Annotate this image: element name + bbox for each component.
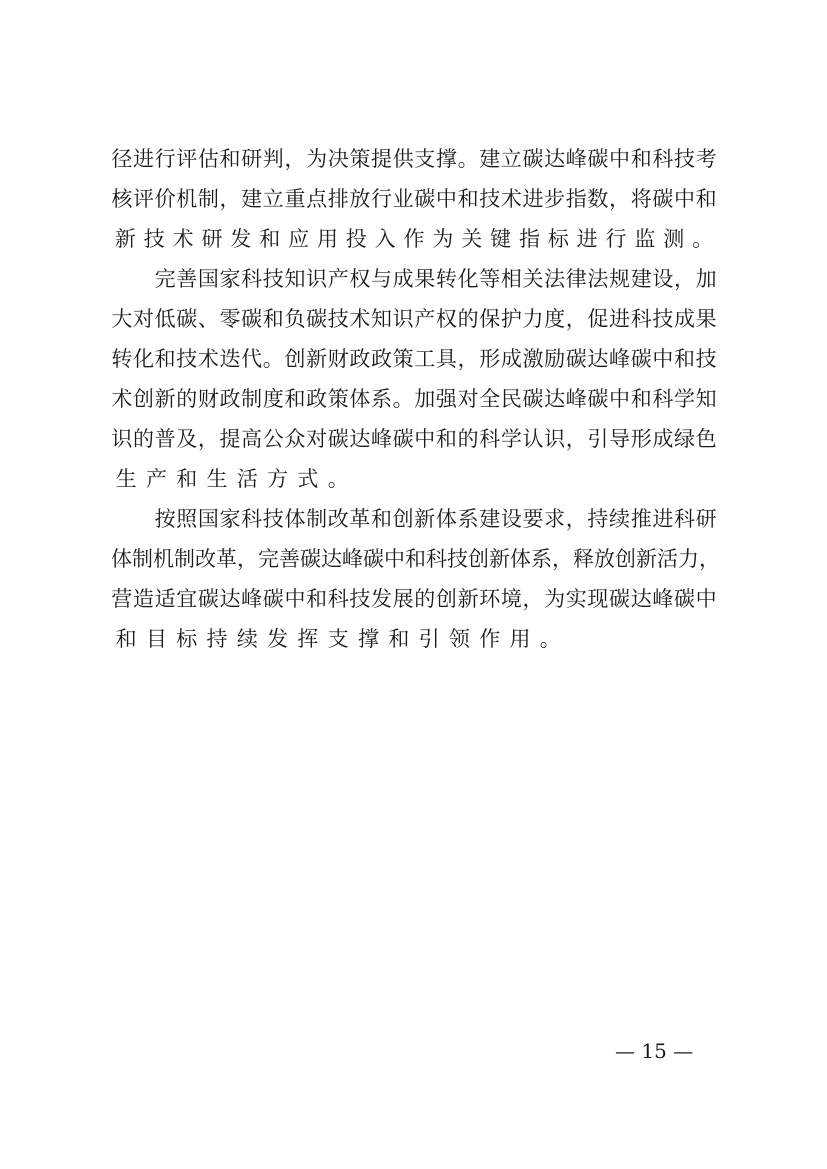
text-line: 按照国家科技体制改革和创新体系建设要求，持续推进科研 [111,503,717,543]
text-line: 径进行评估和研判，为决策提供支撑。建立碳达峰碳中和科技考 [111,143,717,183]
text-line: 转化和技术迭代。创新财政政策工具，形成激励碳达峰碳中和技 [111,343,717,383]
text-line: 大对低碳、零碳和负碳技术知识产权的保护力度，促进科技成果 [111,303,717,343]
paragraph-1: 径进行评估和研判，为决策提供支撑。建立碳达峰碳中和科技考 核评价机制，建立重点排… [111,143,717,263]
body-text: 径进行评估和研判，为决策提供支撑。建立碳达峰碳中和科技考 核评价机制，建立重点排… [111,143,717,663]
text-line: 新技术研发和应用投入作为关键指标进行监测。 [111,223,717,263]
page-number: — 15 — [615,1038,705,1064]
text-line: 营造适宜碳达峰碳中和科技发展的创新环境，为实现碳达峰碳中 [111,583,717,623]
text-line: 生产和生活方式。 [111,463,717,503]
text-line: 完善国家科技知识产权与成果转化等相关法律法规建设，加 [111,263,717,303]
text-line: 识的普及，提高公众对碳达峰碳中和的科学认识，引导形成绿色 [111,423,717,463]
paragraph-3: 按照国家科技体制改革和创新体系建设要求，持续推进科研 体制机制改革，完善碳达峰碳… [111,503,717,663]
paragraph-2: 完善国家科技知识产权与成果转化等相关法律法规建设，加 大对低碳、零碳和负碳技术知… [111,263,717,503]
text-line: 体制机制改革，完善碳达峰碳中和科技创新体系，释放创新活力， [111,543,717,583]
document-page: 径进行评估和研判，为决策提供支撑。建立碳达峰碳中和科技考 核评价机制，建立重点排… [0,0,827,1169]
text-line: 术创新的财政制度和政策体系。加强对全民碳达峰碳中和科学知 [111,383,717,423]
text-line: 核评价机制，建立重点排放行业碳中和技术进步指数，将碳中和 [111,183,717,223]
text-line: 和目标持续发挥支撑和引领作用。 [111,623,717,663]
